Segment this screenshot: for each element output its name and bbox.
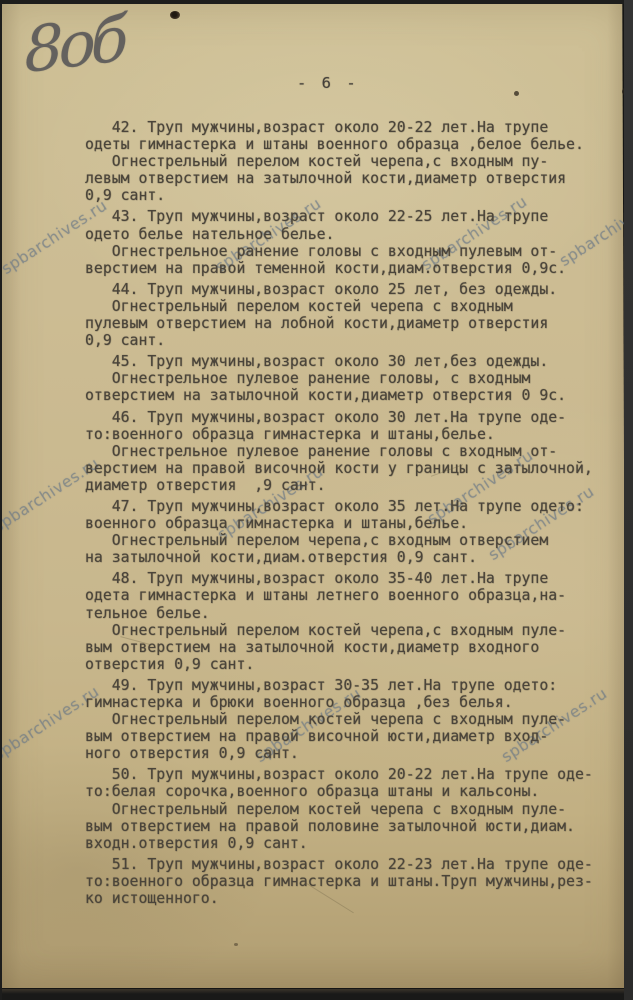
text-line: на затылочной кости,диам.отверстия 0,9 с… <box>85 549 615 566</box>
text-line: одета гимнастерка и штаны летнего военно… <box>85 587 615 604</box>
text-line: Огнестрельный перелом костей черепа с вх… <box>85 801 615 818</box>
text-line: ного отверстия 0,9 сант. <box>85 745 615 762</box>
text-line: отверстием на затылочной кости,диаметр о… <box>85 387 615 404</box>
scanned-archive-page: { "meta": { "colors": { "paper": "#c8b78… <box>0 0 633 1000</box>
paragraph: 46. Труп мужчины,возраст около 30 лет.На… <box>85 409 615 494</box>
text-line: то:белая сорочка,военного образца штаны … <box>85 783 615 800</box>
text-line: Огнестрельный перелом костей черепа с вх… <box>85 711 615 728</box>
text-line: Огнестрельный перелом костей черепа,с вх… <box>85 153 615 170</box>
text-line: вым отверстием на правой половине затыло… <box>85 818 615 835</box>
scan-border-right <box>624 0 633 1000</box>
paragraph: 45. Труп мужчины,возраст около 30 лет,бе… <box>85 353 615 404</box>
document-text: 42. Труп мужчины,возраст около 20-22 лет… <box>85 119 615 911</box>
paragraph: 48. Труп мужчины,возраст около 35-40 лет… <box>85 570 615 673</box>
scan-border-left <box>0 0 2 1000</box>
handwritten-folio-label: 8об <box>24 2 124 88</box>
text-line: Огнестрельный перелом костей черепа с вх… <box>85 298 615 315</box>
ink-speck <box>514 91 519 96</box>
text-line: тельное белье. <box>85 605 615 622</box>
scan-border-bottom <box>0 989 633 1000</box>
text-line: Огнестрельное ранение головы с входным п… <box>85 243 615 260</box>
text-line: верстием на правой височной кости у гран… <box>85 460 615 477</box>
paragraph: 43. Труп мужчины,возраст около 22-25 лет… <box>85 208 615 276</box>
paragraph: 44. Труп мужчины,возраст около 25 лет, б… <box>85 281 615 349</box>
text-line: 43. Труп мужчины,возраст около 22-25 лет… <box>85 208 615 225</box>
text-line: 49. Труп мужчины,возраст 30-35 лет.На тр… <box>85 677 615 694</box>
text-line: 46. Труп мужчины,возраст около 30 лет.На… <box>85 409 615 426</box>
text-line: гимнастерка и брюки военного образца ,бе… <box>85 694 615 711</box>
text-line: Огнестрельный перелом черепа,с входным о… <box>85 532 615 549</box>
paragraph: 42. Труп мужчины,возраст около 20-22 лет… <box>85 119 615 204</box>
page-number: - 6 - <box>297 74 359 92</box>
text-line: Огнестрельное пулевое ранение головы, с … <box>85 370 615 387</box>
text-line: 0,9 сант. <box>85 187 615 204</box>
text-line: то:военного образца гимнастерка и штаны,… <box>85 426 615 443</box>
text-line: Огнестрельное пулевое ранение головы с в… <box>85 443 615 460</box>
text-line: 50. Труп мужчины,возраст около 20-22 лет… <box>85 766 615 783</box>
text-line: 48. Труп мужчины,возраст около 35-40 лет… <box>85 570 615 587</box>
scan-border-top <box>0 0 633 4</box>
text-line: ко истощенного. <box>85 890 615 907</box>
text-line: вым отверстием на правой височной юсти,д… <box>85 728 615 745</box>
text-line: верстием на правой теменной кости,диам.о… <box>85 260 615 277</box>
text-line: 45. Труп мужчины,возраст около 30 лет,бе… <box>85 353 615 370</box>
punch-hole <box>170 11 180 19</box>
text-line: 0,9 сант. <box>85 332 615 349</box>
paragraph: 50. Труп мужчины,возраст около 20-22 лет… <box>85 766 615 851</box>
text-line: Огнестрельный перелом костей черепа,с вх… <box>85 622 615 639</box>
text-line: 51. Труп мужчины,возраст около 22-23 лет… <box>85 856 615 873</box>
text-line: 44. Труп мужчины,возраст около 25 лет, б… <box>85 281 615 298</box>
text-line: пулевым отверстием на лобной кости,диаме… <box>85 315 615 332</box>
text-line: 42. Труп мужчины,возраст около 20-22 лет… <box>85 119 615 136</box>
text-line: одето белье нательное белье. <box>85 226 615 243</box>
text-line: входн.отверстия 0,9 сант. <box>85 835 615 852</box>
paragraph: 51. Труп мужчины,возраст около 22-23 лет… <box>85 856 615 907</box>
paragraph: 49. Труп мужчины,возраст 30-35 лет.На тр… <box>85 677 615 762</box>
text-line: левым отверстием на затылочной кости,диа… <box>85 170 615 187</box>
paragraph: 47. Труп мужчины,возраст около 35 лет.На… <box>85 498 615 566</box>
text-line: вым отверстием на затылочной кости,диаме… <box>85 639 615 656</box>
text-line: 47. Труп мужчины,возраст около 35 лет.На… <box>85 498 615 515</box>
text-line: военного образца гимнастерка и штаны,бел… <box>85 515 615 532</box>
text-line: диаметр отверстия ,9 сант. <box>85 477 615 494</box>
text-line: отверстия 0,9 сант. <box>85 656 615 673</box>
ink-speck <box>234 943 238 946</box>
text-line: одеты гимнастерка и штаны военного образ… <box>85 136 615 153</box>
text-line: то:военного образца гимнастерка и штаны.… <box>85 873 615 890</box>
